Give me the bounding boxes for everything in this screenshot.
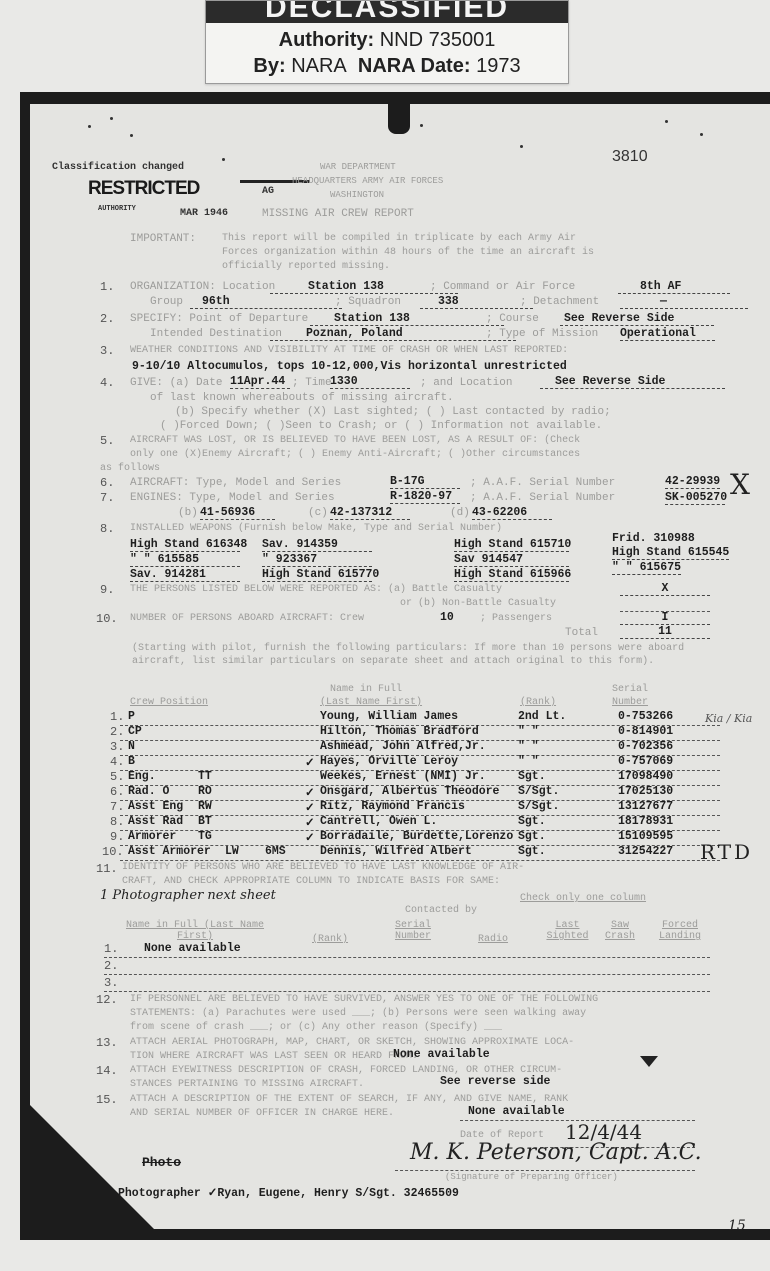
loss-date: 11Apr.44	[230, 375, 290, 389]
crew-row: 5.Eng.TTWeekes, Ernest (NMI) Jr.Sgt.1709…	[120, 770, 720, 786]
crew-row: 4.B✓Hayes, Orville Leroy" "0-757069	[120, 755, 720, 771]
org-group: 96th	[190, 295, 342, 309]
loss-location: See Reverse Side	[540, 375, 725, 389]
preparing-officer-signature: M. K. Peterson, Capt. A.C.	[410, 1140, 702, 1165]
document-number: 3810	[612, 148, 648, 166]
weather-conditions: 9-10/10 Altocumulos, tops 10-12,000,Vis …	[132, 360, 567, 373]
stamp-date: MAR 1946	[180, 208, 228, 219]
mission-type: Operational	[620, 327, 715, 341]
restricted-stamp: RESTRICTED	[88, 178, 199, 200]
org-command: 8th AF	[618, 280, 730, 294]
crew-row: 1.PYoung, William James2nd Lt.0-753266	[120, 710, 720, 726]
org-squadron: 338	[420, 295, 533, 309]
point-of-departure: Station 138	[310, 312, 504, 326]
struck-text: Photo	[142, 1155, 181, 1170]
course: See Reverse Side	[560, 312, 714, 326]
crew-row: 8.Asst RadBT✓Cantrell, Owen L.Sgt.181789…	[120, 815, 720, 831]
stamp-by: By: NARA NARA Date: 1973	[206, 55, 568, 78]
loss-time: 1330	[330, 375, 410, 389]
page-mark: 15	[728, 1218, 746, 1234]
eyewitness-description: See reverse side	[440, 1075, 550, 1088]
crew-row: 9.ArmorerTG✓Borradaile, Burdette,Lorenzo…	[120, 830, 720, 846]
total-aboard: 11	[620, 625, 710, 639]
engine-serial-b: 41-56936	[200, 506, 275, 520]
aircraft-type: B-17G	[390, 475, 460, 489]
engine-serial-d: 43-62206	[472, 506, 552, 520]
engine-serial-a: SK-005270	[665, 491, 725, 505]
photo-map-status: None available	[393, 1048, 490, 1061]
crew-row: 10.Asst ArmorerLW6MSDennis, Wilfred Albe…	[120, 845, 720, 861]
passenger-count: I	[620, 611, 710, 625]
witness-row: 3.	[104, 976, 710, 992]
witness-row: 1.None available	[104, 942, 710, 958]
stamp-title: DECLASSIFIED	[206, 1, 568, 23]
scan-blot	[388, 104, 410, 134]
photographer-line: Photographer ✓Ryan, Eugene, Henry S/Sgt.…	[118, 1185, 459, 1200]
form-title: MISSING AIR CREW REPORT	[262, 208, 414, 220]
intended-destination: Poznan, Poland	[270, 327, 516, 341]
rtd-note: RTD	[700, 840, 753, 864]
classification-changed: Classification changed	[52, 162, 184, 173]
crew-row: 2.CPHilton, Thomas Bradford" "0-814901	[120, 725, 720, 741]
crew-row: 7.Asst EngRW✓Ritz, Raymond FrancisS/Sgt.…	[120, 800, 720, 816]
declassified-stamp: DECLASSIFIED Authority: NND 735001 By: N…	[205, 0, 569, 84]
engine-type: R-1820-97	[390, 490, 460, 504]
aircraft-serial: 42-29939	[665, 475, 720, 489]
stamp-authority: Authority: NND 735001	[206, 29, 568, 52]
crew-row: 3.NAshmead, John Alfred,Jr." "0-702356	[120, 740, 720, 756]
crew-count: 10	[440, 611, 454, 624]
battle-casualty: X	[620, 582, 710, 596]
witness-row: 2.	[104, 959, 710, 975]
handwritten-photographer-note: 1 Photographer next sheet	[100, 888, 276, 903]
search-description: None available	[468, 1105, 565, 1118]
handwritten-x-mark: X	[730, 468, 750, 501]
crew-row: 6.Rad. ORO✓Onsgard, Albertus TheodoreS/S…	[120, 785, 720, 801]
engine-serial-c: 42-137312	[330, 506, 410, 520]
margin-note: Kia / Kia	[705, 712, 752, 725]
triangle-mark-icon	[640, 1056, 658, 1067]
